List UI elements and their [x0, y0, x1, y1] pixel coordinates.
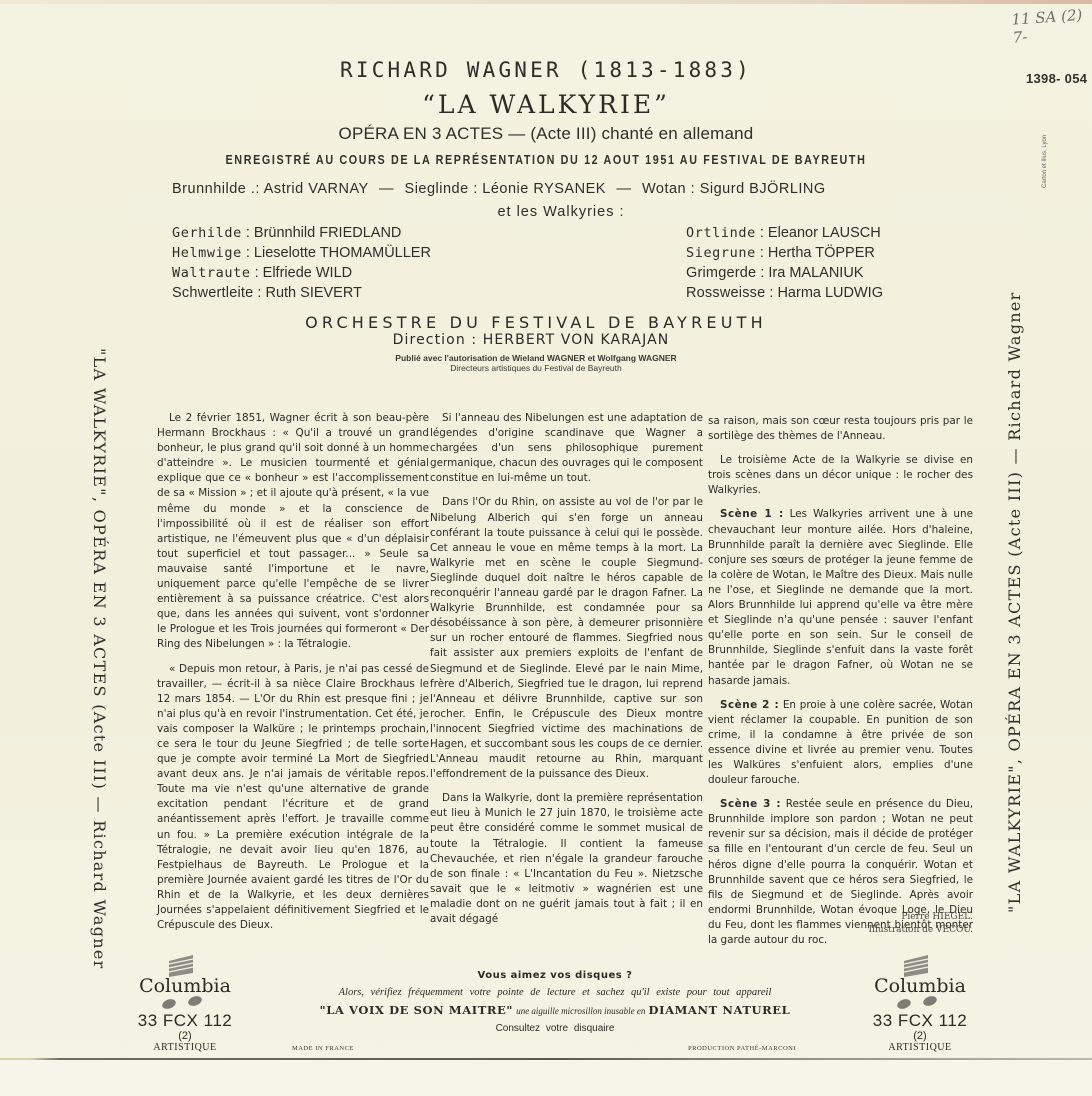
liner-paragraph: Si l'anneau des Nibelungen est une adapt… [430, 411, 703, 486]
conductor-line: Direction : HERBERT VON KARAJAN [0, 332, 1092, 348]
series-name: ARTISTIQUE [850, 1042, 990, 1053]
liner-notes-column-1: Le 2 février 1851, Wagner écrit à son be… [157, 411, 429, 942]
cast-singer: Sigurd BJÖRLING [700, 181, 826, 197]
orchestra-name: ORCHESTRE DU FESTIVAL DE BAYREUTH [0, 313, 1092, 332]
scene-heading: Scène 1 : [720, 508, 784, 520]
paragraph-text: Les Walkyries arrivent une à une chevauc… [708, 508, 973, 686]
walkyrie-singer: Harma LUDWIG [777, 285, 883, 301]
care-line-1: Alors, vérifiez fréquemment votre pointe… [290, 987, 820, 998]
principal-cast: Brunnhilde .: Astrid VARNAY — Sieglinde … [172, 181, 962, 197]
walkyrie-role: Helmwige [172, 245, 242, 261]
publication-line-1: Publié avec l'autorisation de Wieland WA… [0, 353, 1072, 363]
composer-heading: RICHARD WAGNER (1813-1883) [0, 58, 1092, 82]
brand-name: Columbia [115, 975, 255, 997]
walkyrie-role: Waltraute [172, 265, 251, 281]
walkyrie-singer: Eleanor LAUSCH [768, 225, 881, 241]
publication-notice: Publié avec l'autorisation de Wieland WA… [0, 353, 1092, 373]
production-credit: PRODUCTION PATHÉ-MARCONI [688, 1045, 796, 1052]
walkyrie-singer: Ruth SIEVERT [265, 285, 361, 301]
walkyries-intro: et les Walkyries : [0, 204, 1092, 220]
liner-paragraph: Dans l'Or du Rhin, on assiste au vol de … [430, 495, 703, 782]
music-note-flag-icon [850, 955, 990, 975]
walkyries-cast-grid: Gerhilde : Brünnhild FRIEDLAND Ortlinde … [172, 223, 952, 303]
catalog-reference: 33 FCX 112 [850, 1011, 990, 1031]
walkyrie-entry: Helmwige : Lieselotte THOMAMÜLLER [172, 243, 686, 263]
walkyrie-singer: Elfriede WILD [263, 265, 352, 281]
columbia-logo-left: Columbia 33 FCX 112 (2) ARTISTIQUE [115, 955, 255, 1053]
cast-singer: Léonie RYSANEK [482, 181, 606, 197]
walkyrie-role: Ortlinde [686, 225, 756, 241]
liner-paragraph: « Depuis mon retour, à Paris, je n'ai pa… [157, 662, 429, 934]
care-line-3: Consultez votre disquaire [290, 1023, 820, 1034]
walkyrie-role: Siegrune [686, 245, 756, 261]
cast-separator: — [610, 181, 637, 197]
walkyrie-entry: Grimgerde : Ira MALANIUK [686, 263, 952, 283]
liner-paragraph: Le 2 février 1851, Wagner écrit à son be… [157, 411, 429, 653]
care-question: Vous aimez vos disques ? [290, 970, 820, 981]
walkyrie-entry: Schwertleite : Ruth SIEVERT [172, 283, 686, 303]
walkyrie-role: Gerhilde [172, 225, 242, 241]
walkyrie-entry: Rossweisse : Harma LUDWIG [686, 283, 952, 303]
illustration-credit: Illustration de VECOU. [790, 924, 973, 937]
spine-text-right: "LA WALKYRIE", OPÉRA EN 3 ACTES (Acte II… [1005, 291, 1024, 913]
opera-title: “LA WALKYRIE” [0, 90, 1092, 119]
paragraph-text: sa raison, mais son cœur resta toujours … [708, 415, 973, 442]
liner-paragraph: sa raison, mais son cœur resta toujours … [708, 414, 973, 444]
liner-paragraph: Dans la Walkyrie, dont la première repré… [430, 791, 703, 927]
walkyrie-entry: Siegrune : Hertha TÖPPER [686, 243, 952, 263]
walkyrie-entry: Gerhilde : Brünnhild FRIEDLAND [172, 223, 686, 243]
care-line-2: "LA VOIX DE SON MAITRE" une aiguille mic… [290, 1003, 820, 1017]
recording-info: ENREGISTRÉ AU COURS DE LA REPRÉSENTATION… [76, 153, 1015, 167]
walkyrie-role: Rossweisse [686, 285, 765, 301]
care-advice: Vous aimez vos disques ? Alors, vérifiez… [290, 970, 820, 1034]
music-note-heads-icon [850, 997, 990, 1011]
walkyrie-role: Grimgerde [686, 265, 756, 281]
sleeve-bottom-margin [0, 1060, 1092, 1096]
walkyrie-role: Schwertleite [172, 285, 253, 301]
made-in-france: MADE IN FRANCE [292, 1045, 354, 1052]
paragraph-text: En proie à une colère sacrée, Wotan vien… [708, 699, 973, 786]
cast-separator: — [373, 181, 400, 197]
liner-notes-column-2: Si l'anneau des Nibelungen est une adapt… [430, 411, 703, 936]
care-line-2-middle: une aiguille microsillon inusable en [516, 1006, 645, 1016]
walkyrie-singer: Hertha TÖPPER [768, 245, 875, 261]
series-name: ARTISTIQUE [115, 1042, 255, 1053]
paragraph-text: Le troisième Acte de la Walkyrie se divi… [708, 454, 973, 496]
diamond-text: DIAMANT NATUREL [649, 1003, 791, 1017]
spine-text-left: "LA WALKYRIE", OPÉRA EN 3 ACTES (Acte II… [90, 348, 109, 970]
walkyrie-singer: Lieselotte THOMAMÜLLER [254, 245, 431, 261]
walkyrie-singer: Ira MALANIUK [768, 265, 863, 281]
music-note-heads-icon [115, 997, 255, 1011]
sleeve-top-edge [0, 0, 1092, 4]
scene-2-paragraph: Scène 2 : En proie à une colère sacrée, … [708, 698, 973, 789]
walkyrie-entry: Waltraute : Elfriede WILD [172, 263, 686, 283]
record-sleeve-back: 11 SA (2) 7- 1398- 054 Carton et Illus. … [0, 0, 1092, 1096]
notes-credits: Pierre HIEGEL. Illustration de VECOU. [790, 911, 973, 937]
notes-author: Pierre HIEGEL. [790, 911, 973, 924]
disc-number: (2) [850, 1031, 990, 1042]
walkyrie-singer: Brünnhild FRIEDLAND [254, 225, 401, 241]
scene-1-paragraph: Scène 1 : Les Walkyries arrivent une à u… [708, 507, 973, 688]
liner-notes-column-3: sa raison, mais son cœur resta toujours … [708, 414, 973, 957]
opera-subtitle: OPÉRA EN 3 ACTES — (Acte III) chanté en … [0, 124, 1092, 144]
walkyrie-entry: Ortlinde : Eleanor LAUSCH [686, 223, 952, 243]
liner-paragraph: Le troisième Acte de la Walkyrie se divi… [708, 453, 973, 498]
brand-quote: "LA VOIX DE SON MAITRE" [320, 1003, 513, 1017]
brand-name: Columbia [850, 975, 990, 997]
scene-heading: Scène 2 : [720, 699, 779, 711]
music-note-flag-icon [115, 955, 255, 975]
catalog-reference: 33 FCX 112 [115, 1011, 255, 1031]
publication-line-2: Directeurs artistiques du Festival de Ba… [0, 363, 1072, 373]
cast-role: Wotan [642, 181, 686, 197]
cast-role: Brunnhilde . [172, 181, 255, 197]
disc-number: (2) [115, 1031, 255, 1042]
scene-heading: Scène 3 : [720, 798, 781, 810]
handwritten-note: 11 SA (2) 7- [1011, 5, 1092, 46]
cast-role: Sieglinde [405, 181, 469, 197]
columbia-logo-right: Columbia 33 FCX 112 (2) ARTISTIQUE [850, 955, 990, 1053]
cast-singer: Astrid VARNAY [264, 181, 369, 197]
